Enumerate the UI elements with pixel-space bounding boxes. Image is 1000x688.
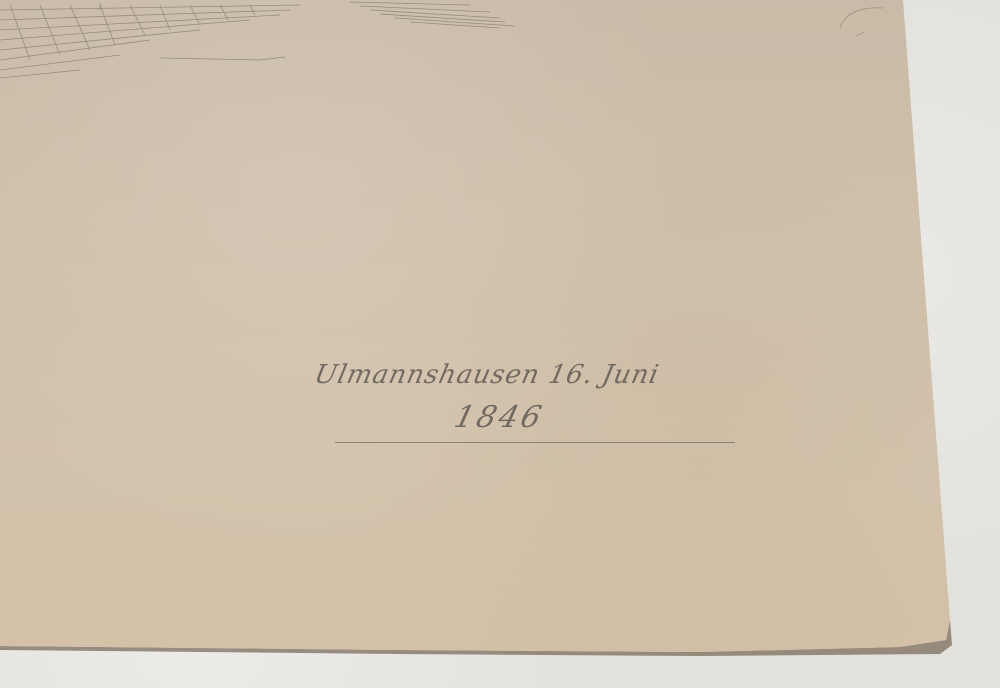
inscription-place-date: Ulmannshausen 16. Juni	[312, 360, 662, 390]
paper-sheet	[0, 0, 1000, 688]
pencil-landscape-sketch	[0, 0, 540, 100]
corner-pencil-mark	[838, 4, 898, 44]
inscription-year: 1846	[451, 400, 548, 435]
handwritten-inscription: Ulmannshausen 16. Juni 1846	[315, 360, 765, 450]
inscription-underline	[335, 442, 735, 443]
